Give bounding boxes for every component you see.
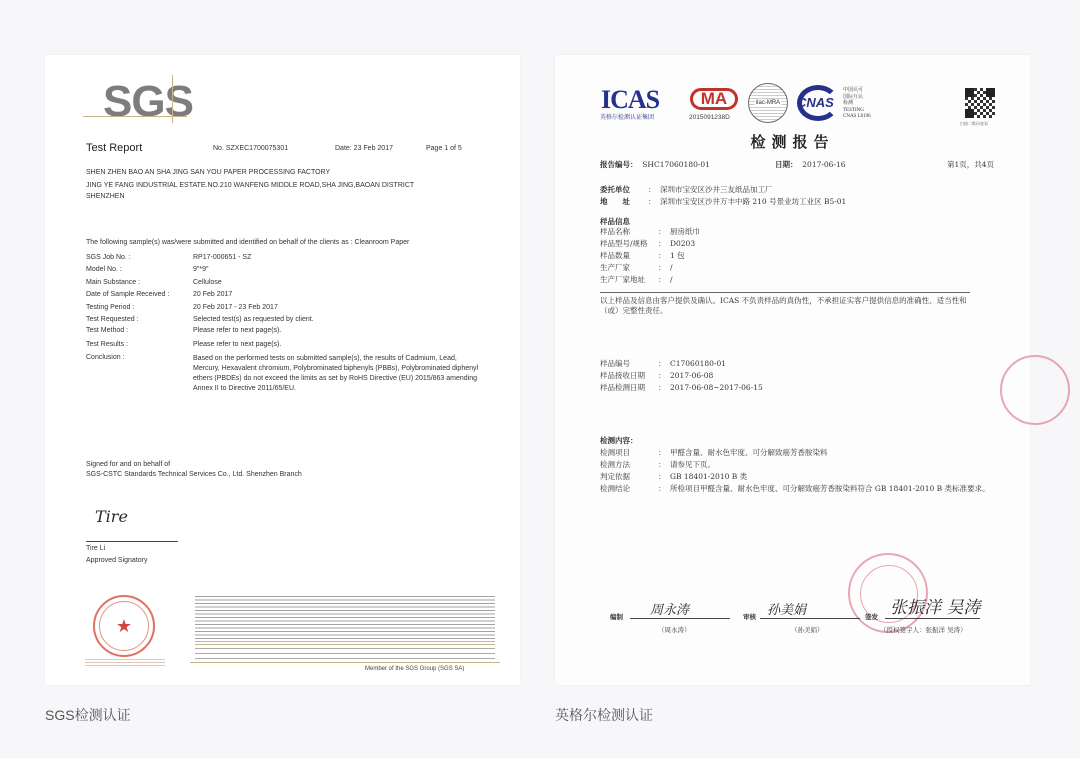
report-title: 检测报告 — [555, 131, 1030, 152]
icas-logo-subtitle: 英格尔检测认证集团 — [600, 112, 654, 121]
company-address-footer — [195, 648, 495, 659]
sample-detail-row: 样品编号：C17060180-01 — [600, 357, 763, 369]
page-indicator: 第1页，共4页 — [947, 159, 994, 170]
ilac-mra-logo: ilac-MRA — [748, 83, 788, 123]
signatory-name: Tire Li — [86, 545, 105, 552]
client-info: 委托单位：深圳市宝安区沙井三友纸品加工厂 地 址：深圳市宝安区沙井万丰中路 21… — [600, 183, 846, 207]
field-row: Test Requested :Selected test(s) as requ… — [86, 314, 483, 325]
qr-caption: 扫描二维码查看 — [960, 121, 988, 127]
test-content-heading: 检测内容： — [600, 435, 638, 446]
section-divider — [600, 292, 970, 293]
pink-seal-stamp-partial — [1000, 355, 1070, 425]
terms-fine-print — [195, 596, 495, 640]
page-indicator: Page 1 of 5 — [426, 145, 462, 152]
reviewed-by-label: 审核 — [743, 612, 756, 621]
cnas-logo: CNAS — [797, 95, 834, 110]
report-number: No. SZXEC1700075301 — [213, 145, 288, 152]
report-date: 日期： 2017-06-16 — [775, 159, 846, 170]
cnas-accreditation-text: 中国认可 国际互认 检测 TESTING CNAS L8196 — [843, 88, 871, 121]
signature-line — [86, 541, 178, 542]
field-row: Main Substance :Cellulose — [86, 276, 483, 289]
sample-detail-row: 样品检测日期：2017-06-08~2017-06-15 — [600, 381, 763, 393]
test-content: 检测项目：甲醛含量、耐水色牢度、可分解致癌芳香胺染料 检测方法：请参见下页。 判… — [600, 446, 990, 494]
sample-info: 样品名称：厨房纸巾 样品型号/规格：D0203 样品数量：1 包 生产厂家：/ … — [600, 225, 700, 285]
signatory-title: Approved Signatory — [86, 557, 147, 564]
sample-row: 生产厂家地址：/ — [600, 273, 700, 285]
issued-by-signature: 张振洋 吴涛 — [890, 593, 980, 618]
icas-caption: 英格尔检测认证 — [555, 705, 653, 725]
stamp-caption-text — [85, 659, 165, 667]
conclusion-text: Based on the performed tests on submitte… — [193, 354, 483, 394]
sample-details: 样品编号：C17060180-01 样品接收日期：2017-06-08 样品检测… — [600, 357, 763, 393]
test-row: 检测项目：甲醛含量、耐水色牢度、可分解致癌芳香胺染料 — [600, 446, 990, 458]
field-row: SGS Job No. :RP17-000651 - SZ — [86, 251, 483, 264]
issued-signature-line — [885, 618, 980, 619]
prepared-by-signature: 周永涛 — [650, 599, 689, 618]
sgs-test-report-document: SGS Test Report No. SZXEC1700075301 Date… — [45, 55, 520, 685]
star-icon: ★ — [99, 601, 149, 651]
test-row: 检测方法：请参见下页。 — [600, 458, 990, 470]
issued-by-label: 签发 — [865, 612, 878, 621]
authenticity-notice — [195, 641, 495, 646]
field-row: Date of Sample Received :20 Feb 2017 — [86, 289, 483, 302]
test-row: 判定依据：GB 18401-2010 B 类 — [600, 470, 990, 482]
reviewed-by-signature: 孙美娟 — [767, 599, 806, 618]
reviewed-signature-line — [760, 618, 860, 619]
handwritten-signature: Tire — [95, 507, 128, 526]
prepared-by-name: （周永涛） — [658, 625, 691, 634]
report-number: 报告编号： SHC17060180-01 — [600, 159, 710, 170]
conclusion-row: Conclusion : Based on the performed test… — [86, 354, 483, 394]
client-address-line2: SHENZHEN — [86, 193, 125, 200]
red-company-stamp: ★ — [93, 595, 155, 657]
field-row: Testing Period :20 Feb 2017 - 23 Feb 201… — [86, 301, 483, 314]
icas-test-report-document: ICAS 英格尔检测认证集团 MA 2015091238D ilac-MRA C… — [555, 55, 1030, 685]
footer-rule — [190, 662, 500, 663]
sample-row: 生产厂家：/ — [600, 261, 700, 273]
report-title: Test Report — [86, 142, 142, 154]
sgs-group-member-text: Member of the SGS Group (SGS SA) — [365, 666, 464, 672]
sgs-logo: SGS — [103, 77, 193, 127]
issued-by-name: （授权签字人：张振洋 吴涛） — [880, 625, 967, 634]
field-row: Test Results :Please refer to next page(… — [86, 337, 483, 351]
prepared-by-label: 编制 — [610, 612, 623, 621]
sample-row: 样品名称：厨房纸巾 — [600, 225, 700, 237]
client-row: 地 址：深圳市宝安区沙井万丰中路 210 号景业坊工业区 B5-01 — [600, 195, 846, 207]
prepared-signature-line — [630, 618, 730, 619]
qr-code-icon — [965, 88, 995, 118]
field-row: Model No. :9"*9" — [86, 264, 483, 277]
client-address-line1: JING YE FANG INDUSTRIAL ESTATE.NO.210 WA… — [86, 182, 414, 189]
icas-logo: ICAS — [601, 85, 659, 115]
sample-intro: The following sample(s) was/were submitt… — [86, 239, 409, 246]
sample-detail-row: 样品接收日期：2017-06-08 — [600, 369, 763, 381]
client-info-disclaimer: 以上样品及信息由客户提供及确认。ICAS 不负责样品的真伪性，不承担证实客户提供… — [600, 296, 975, 316]
signing-company: SGS-CSTC Standards Technical Services Co… — [86, 471, 302, 478]
sample-row: 样品型号/规格：D0203 — [600, 237, 700, 249]
sample-row: 样品数量：1 包 — [600, 249, 700, 261]
client-name: SHEN ZHEN BAO AN SHA JING SAN YOU PAPER … — [86, 169, 330, 176]
report-date: Date: 23 Feb 2017 — [335, 145, 393, 152]
cma-number: 2015091238D — [689, 114, 730, 121]
field-row: Test Method :Please refer to next page(s… — [86, 325, 483, 338]
client-row: 委托单位：深圳市宝安区沙井三友纸品加工厂 — [600, 183, 846, 195]
logo-vertical-rule — [172, 75, 173, 123]
cma-logo: MA — [690, 88, 738, 110]
signed-on-behalf-label: Signed for and on behalf of — [86, 461, 170, 468]
sgs-caption: SGS检测认证 — [45, 705, 131, 725]
sample-fields: SGS Job No. :RP17-000651 - SZ Model No. … — [86, 251, 483, 394]
test-row: 检测结论：所检项目甲醛含量、耐水色牢度、可分解致癌芳香胺染料符合 GB 1840… — [600, 482, 990, 494]
reviewed-by-name: （孙美娟） — [791, 625, 824, 634]
